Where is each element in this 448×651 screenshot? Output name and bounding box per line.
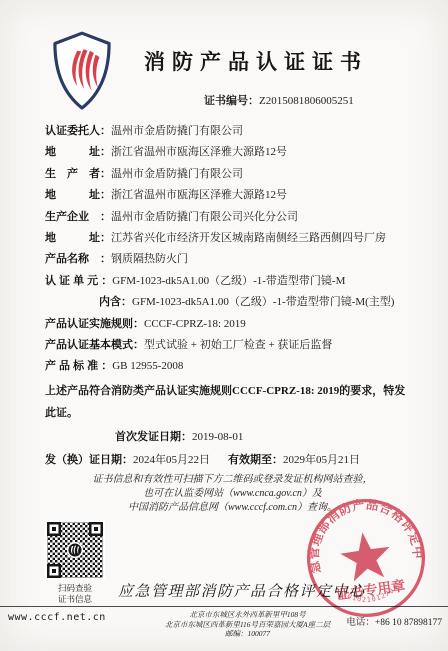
footer-postcode: 邮编：100077 [140,629,355,639]
official-seal-stamp: 应急管理部消防产品合格评定中心 证书专用章 11010210127041 [297,489,435,627]
footer-website: www.cccf.net.cn [8,612,106,623]
valid-until-date: 2029年05月21日 [283,454,360,466]
field-label: 地 址： [45,232,111,244]
field-label: 生 产 者： [45,168,111,180]
field-label: 产品名称 ： [45,253,111,265]
field-label: 认证委托人： [45,125,111,137]
row-certification-unit: 认 证 单 元 ：GFM-1023-dk5A1.00（乙级）-1-带造型带门镜-… [45,271,420,292]
certificate-fields: 认证委托人：温州市金盾防撬门有限公司 地 址：浙江省温州市瓯海区泽雅大源路12号… [45,121,420,515]
field-label: 地 址： [45,146,111,158]
fire-shield-logo-icon [42,30,122,116]
field-value: 温州市金盾防撬门有限公司 [111,125,243,137]
verification-note-line1: 证书信息和有效性可扫描下方二维码或登录发证机构网站查验， [45,473,420,487]
certificate-number-value: Z2015081806005251 [259,95,354,107]
row-reissue-date: 发（换）证日期：2024年05月22日有效期至：2029年05月21日 [45,448,420,472]
field-label: 产 品 标 准 ： [45,360,112,372]
qr-caption-line2: 证书信息 [42,594,108,605]
field-label: 地 址： [45,189,111,201]
page-title: 消防产品认证证书 [118,46,394,76]
field-value: 型式试验 + 初始工厂检查 + 获证后监督 [144,339,332,351]
row-unit-contains: 内含：GFM-1023-dk5A1.00（乙级）-1-带造型带门镜-M(主型) [45,292,420,313]
row-manufacturer-address: 地 址：江苏省兴化市经济开发区城南路南侧经三路西侧四号厂房 [45,228,420,249]
qr-caption-line1: 扫码查验 [42,583,108,594]
conformity-statement-line1: 上述产品符合消防类产品认证实施规则CCCF-CPRZ-18: 2019的要求，特… [45,380,420,402]
field-value: CCCF-CPRZ-18: 2019 [144,318,246,330]
row-implementation-rule: 产品认证实施规则：CCCF-CPRZ-18: 2019 [45,314,420,335]
field-label: 认 证 单 元 ： [45,275,112,287]
field-label: 内含： [99,296,132,308]
field-value: 江苏省兴化市经济开发区城南路南侧经三路西侧四号厂房 [111,232,386,244]
first-issue-date: 2019-08-01 [192,431,243,443]
row-certification-mode: 产品认证基本模式：型式试验 + 初始工厂检查 + 获证后监督 [45,335,420,356]
certificate-page: 消防产品认证证书 证书编号：Z2015081806005251 认证委托人：温州… [0,0,448,651]
valid-until-label: 有效期至： [228,454,283,466]
field-label: 生产企业 ： [45,211,111,223]
field-value: GFM-1023-dk5A1.00（乙级）-1-带造型带门镜-M(主型) [132,296,394,308]
field-value: GFM-1023-dk5A1.00（乙级）-1-带造型带门镜-M [112,275,345,287]
row-producer-address: 地 址：浙江省温州市瓯海区泽雅大源路12号 [45,185,420,206]
row-producer: 生 产 者：温州市金盾防撬门有限公司 [45,164,420,185]
first-issue-label: 首次发证日期： [115,431,192,443]
row-applicant-address: 地 址：浙江省温州市瓯海区泽雅大源路12号 [45,142,420,163]
certificate-number-label: 证书编号： [204,95,259,107]
field-label: 产品认证基本模式： [45,339,144,351]
field-value: 温州市金盾防撬门有限公司 [111,168,243,180]
field-label: 产品认证实施规则： [45,318,144,330]
qr-block: 扫码查验 证书信息 [42,520,108,604]
reissue-label: 发（换）证日期： [45,454,133,466]
certificate-number: 证书编号：Z2015081806005251 [204,92,354,108]
field-value: 钢质隔热防火门 [111,253,188,265]
row-first-issue-date: 首次发证日期：2019-08-01 [45,426,420,448]
conformity-statement: 上述产品符合消防类产品认证实施规则CCCF-CPRZ-18: 2019的要求，特… [45,380,420,424]
row-product-standard: 产 品 标 准 ：GB 12955-2008 [45,356,420,377]
field-value: GB 12955-2008 [112,360,183,372]
field-value: 浙江省温州市瓯海区泽雅大源路12号 [111,146,287,158]
conformity-statement-line2: 此证。 [45,402,420,424]
row-manufacturer: 生产企业 ：温州市金盾防撬门有限公司兴化分公司 [45,207,420,228]
field-value: 浙江省温州市瓯海区泽雅大源路12号 [111,189,287,201]
seal-star-icon [338,529,394,583]
row-product-name: 产品名称 ：钢质隔热防火门 [45,249,420,270]
row-applicant: 认证委托人：温州市金盾防撬门有限公司 [45,121,420,142]
reissue-date: 2024年05月22日 [133,454,210,466]
field-value: 温州市金盾防撬门有限公司兴化分公司 [111,211,298,223]
qr-code-icon [45,520,105,580]
